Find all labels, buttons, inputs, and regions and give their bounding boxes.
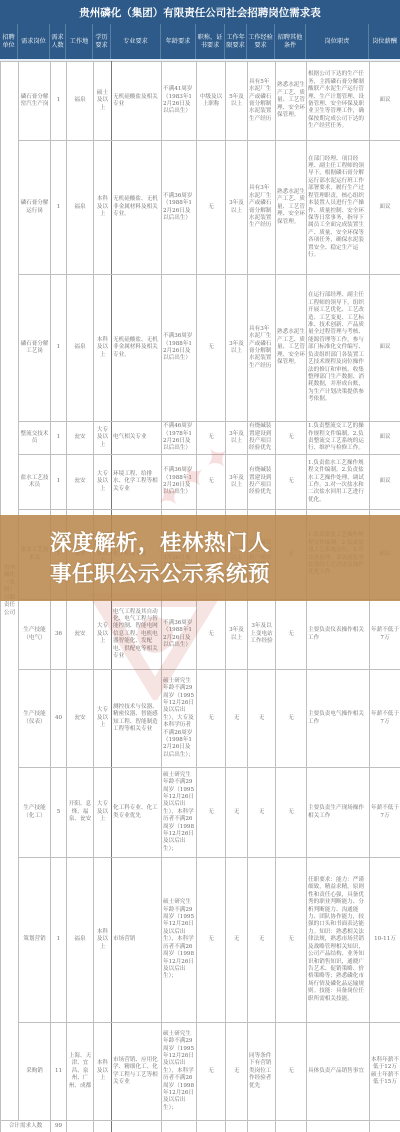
cell-experience: 同等条件下有营销类岗位工作经验者优先 — [248, 1023, 276, 1121]
cell-education: 大专及以上 — [94, 768, 112, 858]
cell-duties: 任职要求：能力：严谨细致，精益求精，原则性和责任心强，具备优秀的职业判断能力、分… — [307, 858, 370, 1023]
cell-count: 1 — [51, 455, 67, 510]
cell-age: 硕士研究生年龄不满29周岁（1995年12月26日及以后出生），本科学历者不满2… — [162, 858, 197, 1023]
cell-other: 无 — [276, 600, 307, 670]
cell-education: 本科及以上 — [94, 275, 112, 422]
cell-position: 盐水工艺技术员 — [19, 455, 51, 510]
header-years: 工作年限要求 — [225, 24, 247, 59]
header-education: 学历要求 — [93, 24, 111, 59]
cell-major: 化工科专业、化工类专业优先 — [112, 768, 162, 858]
cell-duties: 主要负责生产现场操作相关工作 — [307, 768, 370, 858]
cell-cert: 中级及以上职称 — [197, 62, 226, 141]
cell-position: 采购销 — [19, 1023, 51, 1121]
cell-major: 市场营销、应用化学、精细化工、化学工程与工艺等相关专业 — [112, 1023, 162, 1121]
cell-years: 3年及以上 — [226, 141, 248, 275]
table-row: 生产技能（化工） 5 开阳、息烽、福泉、瓮安 大专及以上 化工科专业、化工类专业… — [1, 768, 400, 858]
cell-other: 无 — [276, 455, 307, 510]
cell-salary: 本科年薪不低于12万 硕士年薪不低于15万 — [370, 1023, 400, 1121]
cell-duties: 1.负责盐水工艺操作规程文件编制。2.负责盐水工艺操作处理、调试工作。3.对一次… — [307, 455, 370, 510]
cell-location: 瓮安 — [67, 600, 94, 670]
cell-years: 3年及以上 — [226, 600, 248, 670]
header-location: 工作地 — [66, 24, 93, 59]
cell-other: 无 — [276, 1023, 307, 1121]
cell-major: 无机硅酸盐、无机非金属材料及相关专业。 — [112, 141, 162, 275]
cell-location: 福泉 — [67, 858, 94, 1023]
cell-years: 无 — [226, 768, 248, 858]
table-header-row: 招聘单位 需求岗位 需求人数 工作地 学历要求 专业要求 年龄要求 职称，证书要… — [0, 24, 400, 61]
cell-cert: 无 — [197, 455, 226, 510]
cell-years: 3年及以上 — [226, 422, 248, 455]
cell-age: 不满36周岁（1988年12月26日及以后出生） — [162, 141, 197, 275]
cell-major: 电气相关专业 — [112, 422, 162, 455]
cell-location: 福泉 — [67, 275, 94, 422]
cell-count: 40 — [51, 670, 67, 768]
cell-major: 市场营销 — [112, 858, 162, 1023]
cell-position: 磷石膏分解窑汽生产岗 — [19, 62, 51, 141]
cell-age: 不满36周岁（1988年12月26日及以后出生） — [162, 275, 197, 422]
header-age: 年龄要求 — [161, 24, 196, 59]
cell-experience: 具有3年水泥厂生产或磷石膏分解制水泥装置生产经历 — [248, 141, 276, 275]
cell-experience: 具有3年水泥厂生产或磷石膏分解制水泥装置生产经历 — [248, 275, 276, 422]
cell-location: 瓮安 — [67, 670, 94, 768]
cell-years: 无 — [226, 858, 248, 1023]
cell-duties: 主要负责仪表操作相关工作 — [307, 600, 370, 670]
cell-location: 福泉 — [67, 62, 94, 141]
cell-years: 5年及以上 — [226, 62, 248, 141]
cell-count: 1 — [51, 858, 67, 1023]
cell-position: 磷石膏分解工艺岗 — [19, 275, 51, 422]
cell-salary: 年薪不低于7万 — [370, 670, 400, 768]
header-duties: 岗位职责 — [306, 24, 369, 59]
headline-line-2: 事任职公示公示系统预 — [50, 559, 370, 590]
cell-age: 不满41周岁（1983年12月26日及以后出生） — [162, 62, 197, 141]
cell-years: 3年及以上 — [226, 275, 248, 422]
cell-count: 36 — [51, 600, 67, 670]
cell-salary: 年薪不低于7万 — [370, 600, 400, 670]
cell-salary: 10-11万 — [370, 858, 400, 1023]
table-row: 策划营销 1 福泉 本科及以上 市场营销 硕士研究生年龄不满29周岁（1995年… — [1, 858, 400, 1023]
cell-salary: 面议 — [370, 275, 400, 422]
cell-education: 本科及以上 — [94, 1023, 112, 1121]
cell-cert: 无 — [197, 600, 226, 670]
cell-education: 大专及以上 — [94, 422, 112, 455]
document-title: 贵州磷化（集团）有限责任公司社会招聘岗位需求表 — [0, 0, 400, 25]
cell-position: 策划营销 — [19, 858, 51, 1023]
headline-text: 深度解析，桂林热门人 事任职公示公示系统预 — [50, 528, 370, 590]
cell-age: 不满46周岁（1978年12月26日及以后出生） — [162, 422, 197, 455]
cell-years: 无 — [226, 670, 248, 768]
cell-position: 生产技能（化工） — [19, 768, 51, 858]
cell-other: 熟悉水泥生产工艺、质量、工艺管理、安全环保管理。 — [276, 141, 307, 275]
cell-position: 磷石膏分解运行岗 — [19, 141, 51, 275]
cell-count: 1 — [51, 141, 67, 275]
cell-other: 无 — [276, 422, 307, 455]
cell-age: 硕士研究生年龄不满29周岁（1995年12月26日及以后出生），本科学历者不满2… — [162, 1023, 197, 1121]
cell-experience: 3年及以上变电站工作经验 — [248, 600, 276, 670]
cell-other: 熟悉水泥生产工艺、质量、工艺管理、安全环保管理。 — [276, 62, 307, 141]
cell-other: 无 — [276, 768, 307, 858]
cell-cert: 无 — [197, 141, 226, 275]
cell-position: 生产技能（仪表） — [19, 670, 51, 768]
cell-major: 无机硅酸盐及相关专业 — [112, 62, 162, 141]
cell-position: 整流交技术员 — [19, 422, 51, 455]
cell-age: 硕士研究生年龄不满29周岁（1995年12月26日及以后出生），大专及本科学历者… — [162, 670, 197, 768]
header-unit: 招聘单位 — [0, 24, 18, 59]
cell-education: 大专及以上 — [94, 600, 112, 670]
table-row: 磷石膏分解工艺岗 1 福泉 本科及以上 无机硅酸盐、无机非金属材料及相关专业。 … — [1, 275, 400, 422]
header-other: 招聘其他条件 — [275, 24, 306, 59]
cell-age: 不满36周岁（1988年12月26日及以后出生） — [162, 455, 197, 510]
cell-cert: 无 — [197, 768, 226, 858]
cell-salary: 面议 — [370, 141, 400, 275]
total-row: 合计需求人数 99 — [1, 1121, 400, 1132]
header-experience: 工作经验要求 — [247, 24, 275, 59]
cell-location: 瓮安 — [67, 422, 94, 455]
cell-count: 5 — [51, 768, 67, 858]
cell-education: 硕士及以上 — [94, 62, 112, 141]
cell-education: 本科及以上 — [94, 858, 112, 1023]
table-row: 盐水工艺技术员 1 瓮安 大专及以上 环境工程、给排水、化学工程等相关专业 不满… — [1, 455, 400, 510]
cell-experience: 有烧碱装置建设到投产项目经验优先 — [248, 422, 276, 455]
header-position: 需求岗位 — [18, 24, 50, 59]
cell-age: 不满36周岁（1988年12月26日及以后出生） — [162, 600, 197, 670]
header-count: 需求人数 — [50, 24, 66, 59]
headline-line-1: 深度解析，桂林热门人 — [50, 528, 370, 559]
cell-count: 1 — [51, 422, 67, 455]
cell-experience: 无 — [248, 858, 276, 1023]
cell-duties: 主要负责电气操作相关工作 — [307, 670, 370, 768]
header-major: 专业要求 — [111, 24, 161, 59]
header-cert: 职称，证书要求 — [196, 24, 225, 59]
cell-other: 无 — [276, 858, 307, 1023]
cell-position: 生产技能（电气） — [19, 600, 51, 670]
table-row: 磷石膏分解运行岗 1 福泉 本科及以上 无机硅酸盐、无机非金属材料及相关专业。 … — [1, 141, 400, 275]
cell-years: 无 — [226, 1023, 248, 1121]
total-label: 合计需求人数 — [1, 1121, 51, 1132]
cell-count: 1 — [51, 62, 67, 141]
cell-other: 无 — [276, 670, 307, 768]
cell-major: 无机硅酸盐、无机非金属材料及相关专业。 — [112, 275, 162, 422]
cell-salary: 面议 — [370, 455, 400, 510]
cell-education: 大专及以上 — [94, 455, 112, 510]
table-row: 生产技能（仪表） 40 瓮安 大专及以上 测控技术与仪器、精密仪器、智能感知工程… — [1, 670, 400, 768]
header-salary: 岗位薪酬 — [369, 24, 400, 59]
table-row: 生产技能（电气） 36 瓮安 大专及以上 电气工程及其自动化、电气工程与智能控制… — [1, 600, 400, 670]
cell-salary: 面议 — [370, 422, 400, 455]
cell-other: 熟悉水泥生产工艺、质量、工艺管理、安全环保管理。 — [276, 275, 307, 422]
cell-cert: 无 — [197, 422, 226, 455]
cell-count: 1 — [51, 275, 67, 422]
cell-duties: 具体负责产品销售事宜 — [307, 1023, 370, 1121]
cell-duties: 在部门经理、项目经理、副主任工程师的领导下，根据磷石膏分解运行部水泥运行班工作部… — [307, 141, 370, 275]
cell-count: 11 — [51, 1023, 67, 1121]
cell-experience: 无 — [248, 768, 276, 858]
cell-location: 瓮安 — [67, 455, 94, 510]
table-row: 贵州磷化（集团）有限责任公司 磷石膏分解窑汽生产岗 1 福泉 硕士及以上 无机硅… — [1, 62, 400, 141]
cell-cert: 无 — [197, 858, 226, 1023]
cell-major: 测控技术与仪器、精密仪器、智能感知工程、智能制造工程等相关专业 — [112, 670, 162, 768]
cell-cert: 无 — [197, 1023, 226, 1121]
cell-major: 环境工程、给排水、化学工程等相关专业 — [112, 455, 162, 510]
cell-age: 硕士研究生年龄不满29周岁（1995年12月26日及以后出生），本科学历者不满2… — [162, 768, 197, 858]
cell-education: 大专及以上 — [94, 670, 112, 768]
cell-location: 开阳、息烽、福泉、瓮安 — [67, 768, 94, 858]
cell-years: 3年及以上 — [226, 455, 248, 510]
table-row: 整流交技术员 1 瓮安 大专及以上 电气相关专业 不满46周岁（1978年12月… — [1, 422, 400, 455]
cell-duties: 在运行部经理、副主任工程师的领导下，组织开展工艺优化、工艺改造、工艺变更、工艺标… — [307, 275, 370, 422]
cell-location: 福泉 — [67, 141, 94, 275]
cell-experience: 具有5年水泥厂生产或磷石膏分解制水泥装置生产经历 — [248, 62, 276, 141]
cell-duties: 1.负责整流交工艺的操作规程文件编制。2.负责整流交工艺系统的运行、维护与检修工… — [307, 422, 370, 455]
cell-education: 本科及以上 — [94, 141, 112, 275]
cell-experience: 无 — [248, 670, 276, 768]
cell-major: 电气工程及其自动化、电气工程与智能控制、智能电网信息工程、电机电器智能化、发配电… — [112, 600, 162, 670]
cell-cert: 无 — [197, 275, 226, 422]
cell-salary: 面议 — [370, 62, 400, 141]
cell-location: 上海、天津、宜昌、泉州、广州、成都 — [67, 1023, 94, 1121]
cell-duties: 根据公司下达的生产任务，主抓磷石膏分解制酸联产水泥生产运行管理、生产计划管理、设… — [307, 62, 370, 141]
table-row: 采购销 11 上海、天津、宜昌、泉州、广州、成都 本科及以上 市场营销、应用化学… — [1, 1023, 400, 1121]
cell-salary: 年薪不低于7万 — [370, 768, 400, 858]
total-value: 99 — [51, 1121, 67, 1132]
cell-experience: 有烧碱装置建设到投产项目经验优先 — [248, 455, 276, 510]
cell-cert: 无 — [197, 670, 226, 768]
